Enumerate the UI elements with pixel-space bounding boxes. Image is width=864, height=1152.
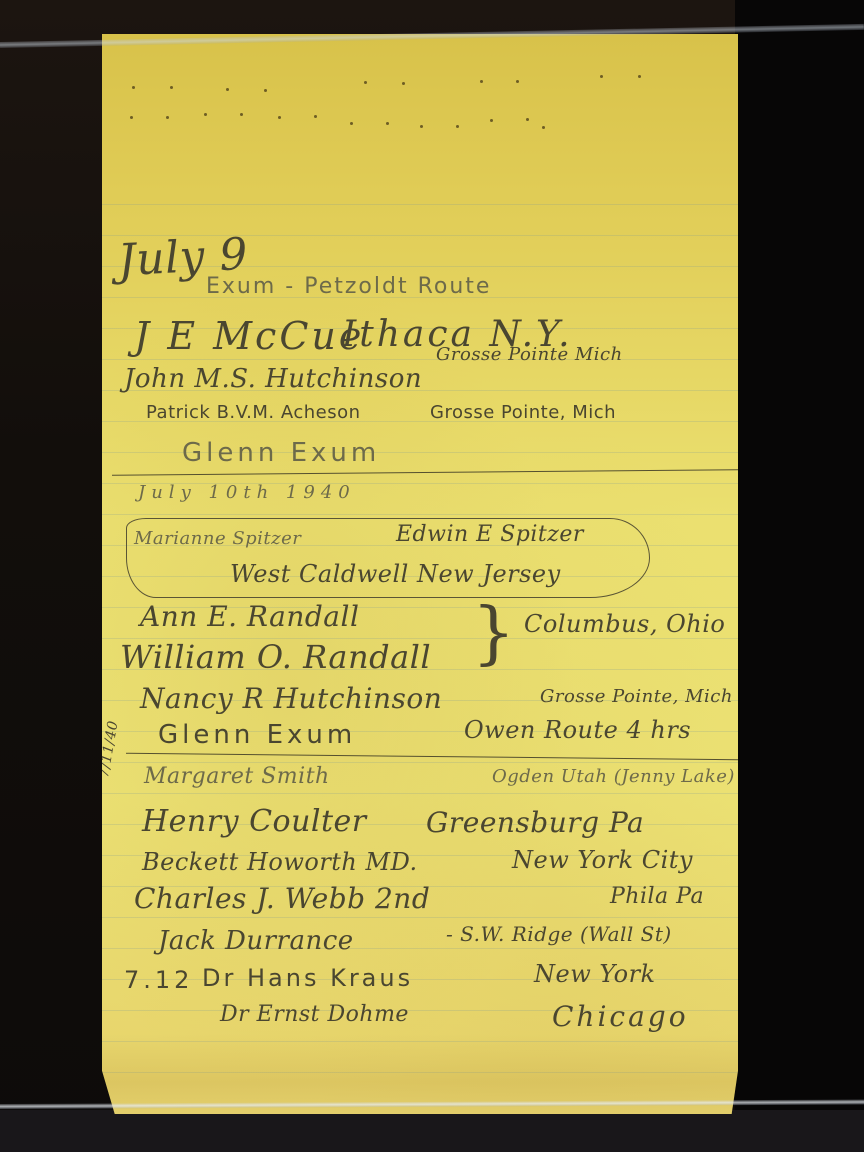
entry-location: New York — [534, 960, 656, 988]
entry-name: Edwin E Spitzer — [396, 522, 584, 547]
entry-name: Charles J. Webb 2nd — [134, 882, 430, 915]
section-date: July 10th 1940 — [138, 482, 356, 503]
perforation-holes — [102, 34, 738, 154]
entry-location: Owen Route 4 hrs — [464, 716, 691, 744]
section-date: 7.12 — [124, 966, 193, 994]
entry-name: Glenn Exum — [182, 438, 380, 468]
entry-location: Grosse Pointe, Mich — [540, 686, 733, 707]
entry-name: Dr Ernst Dohme — [220, 1002, 409, 1027]
entry-name: John M.S. Hutchinson — [124, 364, 422, 394]
entry-name: Beckett Howorth MD. — [142, 848, 418, 876]
entry-name: William O. Randall — [120, 638, 431, 676]
entry-location: New York City — [512, 846, 693, 874]
brace: } — [472, 594, 515, 673]
background-right — [735, 0, 864, 1152]
entry-location: Phila Pa — [610, 884, 704, 909]
legal-pad-page: July 9 Exum - Petzoldt Route J E McCue I… — [102, 34, 738, 1114]
entry-location: Greensburg Pa — [426, 806, 644, 839]
entry-name: Ann E. Randall — [140, 600, 359, 633]
entry-location: - S.W. Ridge (Wall St) — [446, 922, 672, 946]
entry-name: Jack Durrance — [158, 926, 354, 956]
entry-name: Margaret Smith — [144, 764, 330, 789]
entry-location: Columbus, Ohio — [524, 610, 725, 638]
entry-location: Grosse Pointe Mich — [436, 344, 623, 365]
entry-location: Ogden Utah (Jenny Lake) — [492, 766, 735, 787]
entry-location: Grosse Pointe, Mich — [430, 402, 616, 423]
entry-name: Nancy R Hutchinson — [140, 682, 442, 715]
entry-location: Chicago — [552, 1000, 689, 1033]
entry-name: Marianne Spitzer — [134, 528, 301, 549]
entry-name: Henry Coulter — [142, 804, 367, 839]
background-bottom — [0, 1110, 864, 1152]
entry-location: West Caldwell New Jersey — [230, 560, 561, 588]
entry-name: J E McCue — [134, 314, 364, 358]
entry-name: Dr Hans Kraus — [202, 964, 413, 992]
section-subtitle: Exum - Petzoldt Route — [206, 274, 491, 299]
entry-name: Glenn Exum — [158, 720, 356, 750]
entry-name: Patrick B.V.M. Acheson — [146, 402, 361, 423]
